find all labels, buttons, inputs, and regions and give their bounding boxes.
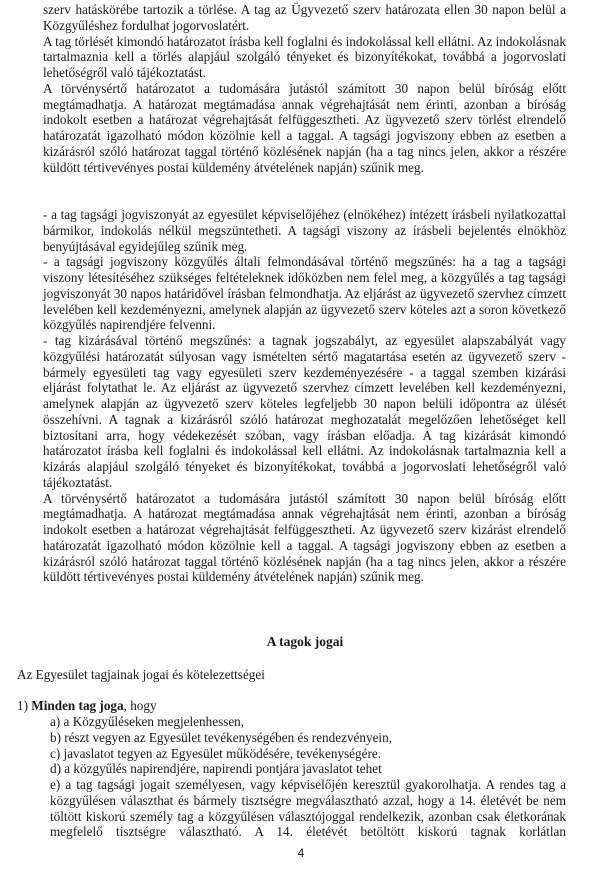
intro-line: Az Egyesület tagjainak jogai és köteleze… xyxy=(17,667,265,683)
page-number: 4 xyxy=(0,846,592,860)
rights-title-rest: , hogy xyxy=(124,698,157,713)
rights-number: 1) xyxy=(17,698,28,713)
list-item: e) a tag tagsági jogait személyesen, vag… xyxy=(50,777,566,840)
rights-list: a) a Közgyűléseken megjelenhessen, b) ré… xyxy=(50,714,566,840)
rights-title-bold: Minden tag joga xyxy=(31,698,123,713)
membership-termination-section: - a tag tagsági jogviszonyát az egyesüle… xyxy=(43,207,566,585)
list-item: d) a közgyűlés napirendjére, napirendi p… xyxy=(50,761,566,777)
paragraph: - a tagsági jogviszony közgyűlés általi … xyxy=(43,254,566,333)
member-deletion-section: szerv hatáskörébe tartozik a törlése. A … xyxy=(43,2,566,175)
paragraph: A törvénysértő határozatot a tudomására … xyxy=(43,491,566,586)
document-page: szerv hatáskörébe tartozik a törlése. A … xyxy=(0,0,592,872)
list-item: c) javaslatot tegyen az Egyesület működé… xyxy=(50,746,566,762)
paragraph: A törvénysértő határozatot a tudomására … xyxy=(43,81,566,176)
rights-title: 1) Minden tag joga, hogy xyxy=(17,698,157,714)
section-heading: A tagok jogai xyxy=(0,634,592,650)
paragraph: A tag törlését kimondó határozatot írásb… xyxy=(43,34,566,81)
list-item: b) részt vegyen az Egyesület tevékenység… xyxy=(50,730,566,746)
paragraph: - a tag tagsági jogviszonyát az egyesüle… xyxy=(43,207,566,254)
paragraph: szerv hatáskörébe tartozik a törlése. A … xyxy=(43,2,566,34)
list-item: a) a Közgyűléseken megjelenhessen, xyxy=(50,714,566,730)
paragraph: - tag kizárásával történő megszűnés: a t… xyxy=(43,333,566,491)
